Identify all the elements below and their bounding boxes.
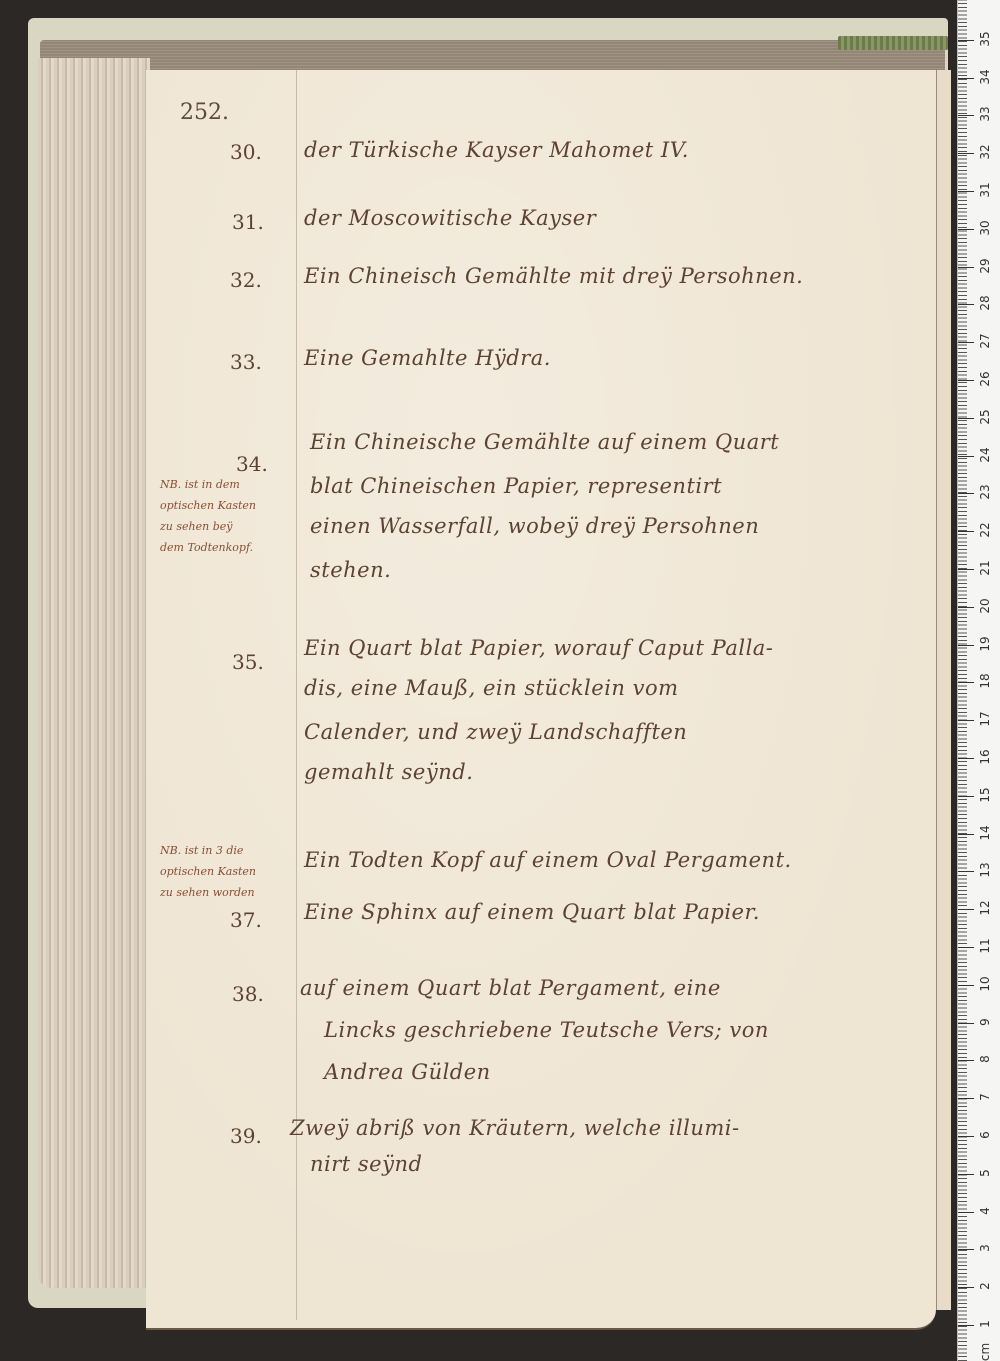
ruler-label: 12 bbox=[978, 897, 992, 919]
entry-line: Lincks geschriebene Teutsche Vers; von bbox=[324, 1018, 769, 1042]
ruler-major-tick bbox=[958, 191, 974, 192]
ruler-label: 22 bbox=[978, 519, 992, 541]
ruler-major-tick bbox=[958, 985, 974, 986]
entry-line: Eine Sphinx auf einem Quart blat Papier. bbox=[304, 900, 760, 924]
ruler-major-tick bbox=[958, 380, 974, 381]
entry-line: Calender, und zweÿ Landschafften bbox=[304, 720, 687, 744]
ruler-label: 21 bbox=[978, 557, 992, 579]
ruler-major-tick bbox=[958, 720, 974, 721]
ruler-major-tick bbox=[958, 1060, 974, 1061]
ruler-major-tick bbox=[958, 229, 974, 230]
ruler-label: 7 bbox=[978, 1086, 992, 1108]
ruler-major-tick bbox=[958, 456, 974, 457]
entry-number: 34. bbox=[236, 452, 268, 476]
ruler-label: 14 bbox=[978, 822, 992, 844]
ruler-label: 1 bbox=[978, 1313, 992, 1335]
annotation-line: NB. ist in dem bbox=[160, 474, 256, 495]
ruler-major-tick bbox=[958, 115, 974, 116]
ruler-major-tick bbox=[958, 153, 974, 154]
ruler-label: 13 bbox=[978, 859, 992, 881]
annotation-line: zu sehen beÿ bbox=[160, 516, 256, 537]
annotation-line: dem Todtenkopf. bbox=[160, 537, 256, 558]
ruler-label: 4 bbox=[978, 1200, 992, 1222]
ruler-label: 33 bbox=[978, 103, 992, 125]
entry-line: Andrea Gülden bbox=[324, 1060, 491, 1084]
ruler-major-tick bbox=[958, 78, 974, 79]
ruler-label: 11 bbox=[978, 935, 992, 957]
entry-number: 32. bbox=[230, 268, 262, 292]
ruler-major-tick bbox=[958, 1098, 974, 1099]
ruler-major-tick bbox=[958, 1212, 974, 1213]
margin-annotation: NB. ist in 3 die optischen Kasten zu seh… bbox=[160, 840, 256, 903]
ruler-label: 2 bbox=[978, 1275, 992, 1297]
ruler-major-tick bbox=[958, 1287, 974, 1288]
ruler-label: 31 bbox=[978, 179, 992, 201]
book-top-edge bbox=[40, 40, 945, 72]
entry-line: einen Wasserfall, wobeÿ dreÿ Persohnen bbox=[310, 514, 759, 538]
ruler-label: 20 bbox=[978, 595, 992, 617]
ruler-label: 17 bbox=[978, 708, 992, 730]
ruler-label: 6 bbox=[978, 1124, 992, 1146]
ruler-major-tick bbox=[958, 531, 974, 532]
ruler-major-tick bbox=[958, 40, 974, 41]
ruler-label: 3 bbox=[978, 1237, 992, 1259]
entry-line: der Türkische Kayser Mahomet IV. bbox=[304, 138, 689, 162]
annotation-line: zu sehen worden bbox=[160, 882, 256, 903]
entry-number: 38. bbox=[232, 982, 264, 1006]
ruler-label: 8 bbox=[978, 1048, 992, 1070]
ruler-label: 10 bbox=[978, 973, 992, 995]
ruler-label: 29 bbox=[978, 255, 992, 277]
ruler-major-tick bbox=[958, 834, 974, 835]
ruler-major-tick bbox=[958, 1249, 974, 1250]
ruler-label: 15 bbox=[978, 784, 992, 806]
ruler-label: 26 bbox=[978, 368, 992, 390]
manuscript-page bbox=[146, 70, 936, 1330]
annotation-line: NB. ist in 3 die bbox=[160, 840, 256, 861]
margin-annotation: NB. ist in dem optischen Kasten zu sehen… bbox=[160, 474, 256, 558]
ruler-unit: cm bbox=[978, 1341, 992, 1361]
ruler-major-tick bbox=[958, 871, 974, 872]
entry-number: 30. bbox=[230, 140, 262, 164]
ruler-label: 16 bbox=[978, 746, 992, 768]
entry-number: 33. bbox=[230, 350, 262, 374]
ruler-label: 9 bbox=[978, 1011, 992, 1033]
ruler-label: 18 bbox=[978, 670, 992, 692]
entry-line: Eine Gemahlte Hÿdra. bbox=[304, 346, 551, 370]
entry-number: 39. bbox=[230, 1124, 262, 1148]
entry-line: Ein Chineische Gemählte auf einem Quart bbox=[310, 430, 779, 454]
headband bbox=[838, 36, 948, 50]
ruler-major-tick bbox=[958, 304, 974, 305]
folio-number: 252. bbox=[180, 100, 229, 125]
annotation-line: optischen Kasten bbox=[160, 861, 256, 882]
ruler-label: 23 bbox=[978, 481, 992, 503]
entry-line: nirt seÿnd bbox=[310, 1152, 422, 1176]
ruler-major-tick bbox=[958, 645, 974, 646]
entry-line: blat Chineischen Papier, representirt bbox=[310, 474, 722, 498]
ruler-label: 34 bbox=[978, 66, 992, 88]
entry-line: Ein Todten Kopf auf einem Oval Pergament… bbox=[304, 848, 792, 872]
ruler-label: 28 bbox=[978, 292, 992, 314]
annotation-line: optischen Kasten bbox=[160, 495, 256, 516]
facing-page-edge bbox=[936, 70, 951, 1310]
ruler-major-tick bbox=[958, 1325, 974, 1326]
ruler-label: 24 bbox=[978, 444, 992, 466]
entry-line: Zweÿ abriß von Kräutern, welche illumi- bbox=[290, 1116, 740, 1140]
entry-line: Ein Quart blat Papier, worauf Caput Pall… bbox=[304, 636, 773, 660]
entry-line: Ein Chineisch Gemählte mit dreÿ Persohne… bbox=[304, 264, 803, 288]
ruler-label: 32 bbox=[978, 141, 992, 163]
ruler-major-tick bbox=[958, 1023, 974, 1024]
ruler-label: 27 bbox=[978, 330, 992, 352]
entry-number: 37. bbox=[230, 908, 262, 932]
entry-line: dis, eine Mauß, ein stücklein vom bbox=[304, 676, 679, 700]
entry-line: stehen. bbox=[310, 558, 391, 582]
entry-number: 31. bbox=[232, 210, 264, 234]
ruler-major-tick bbox=[958, 909, 974, 910]
ruler-major-tick bbox=[958, 342, 974, 343]
ruler-major-tick bbox=[958, 569, 974, 570]
entry-line: auf einem Quart blat Pergament, eine bbox=[300, 976, 721, 1000]
ruler-major-tick bbox=[958, 607, 974, 608]
ruler-label: 35 bbox=[978, 28, 992, 50]
book-page-stack bbox=[38, 58, 150, 1288]
ruler-major-tick bbox=[958, 1174, 974, 1175]
ruler-major-tick bbox=[958, 758, 974, 759]
ruler-major-tick bbox=[958, 682, 974, 683]
ruler-label: 19 bbox=[978, 633, 992, 655]
ruler-major-tick bbox=[958, 796, 974, 797]
ruler-label: 30 bbox=[978, 217, 992, 239]
ruler-major-tick bbox=[958, 1136, 974, 1137]
ruler-major-tick bbox=[958, 947, 974, 948]
ruler-major-tick bbox=[958, 418, 974, 419]
ruler-label: 25 bbox=[978, 406, 992, 428]
entry-number: 35. bbox=[232, 650, 264, 674]
ruler-label: 5 bbox=[978, 1162, 992, 1184]
entry-line: der Moscowitische Kayser bbox=[304, 206, 596, 230]
ruler-major-tick bbox=[958, 267, 974, 268]
entry-line: gemahlt seÿnd. bbox=[304, 760, 473, 784]
cm-ruler: 3534333231302928272625242322212019181716… bbox=[957, 0, 1000, 1361]
ruler-major-tick bbox=[958, 493, 974, 494]
